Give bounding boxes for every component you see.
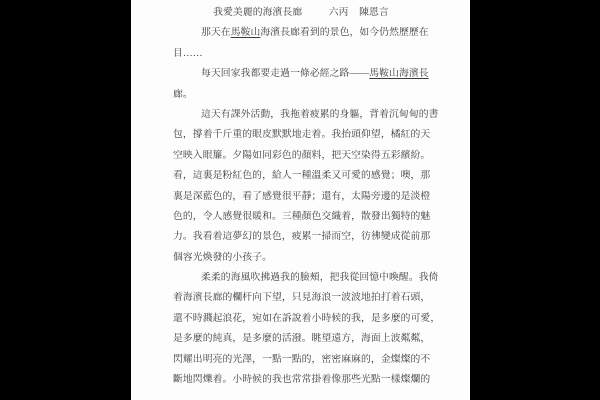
text-segment: 海濱長廊看到的景色，如今仍然歷歷在 xyxy=(260,27,428,38)
text-line: 這天有課外活動，我拖着疲累的身軀，背着沉甸甸的書 xyxy=(173,105,429,125)
text-segment: 每天回家我都要走過一條必經之路—— xyxy=(201,68,369,79)
text-line: 柔柔的海風吹拂過我的臉頰，把我從回憶中喚醒。我倚 xyxy=(173,268,429,288)
text-segment: 廊。 xyxy=(173,89,193,100)
essay-title: 我愛美麗的海濱長廊 xyxy=(213,7,302,18)
text-segment: 裏是深藍色的，看了感覺很平靜；還有，太陽旁邊的是淡橙 xyxy=(173,191,430,202)
underlined-text: 馬鞍山海濱長 xyxy=(369,68,428,79)
class-label: 六丙 xyxy=(329,7,349,18)
text-line: 廊。 xyxy=(173,85,429,105)
text-segment: 空映入眼簾。夕陽如同彩色的顏料，把天空染得五彩繽紛。 xyxy=(173,150,430,161)
text-segment: 斷地閃爍着。小時候的我也常常掛着像那些光點一樣燦爛的 xyxy=(173,374,430,385)
text-line: 個容光煥發的小孩子。 xyxy=(173,248,429,268)
text-line: 空映入眼簾。夕陽如同彩色的顏料，把天空染得五彩繽紛。 xyxy=(173,146,429,166)
underlined-text: 馬鞍山 xyxy=(231,27,261,38)
document-page: 我愛美麗的海濱長廊 六丙 陳恩言 那天在馬鞍山海濱長廊看到的景色，如今仍然歷歷在… xyxy=(131,0,470,400)
document-text-column: 我愛美麗的海濱長廊 六丙 陳恩言 那天在馬鞍山海濱長廊看到的景色，如今仍然歷歷在… xyxy=(173,3,429,390)
text-line: 色的，令人感覺很暖和。三種顏色交織着，散發出獨特的魅 xyxy=(173,207,429,227)
text-segment: 這天有課外活動，我拖着疲累的身軀，背着沉甸甸的書 xyxy=(201,109,439,120)
text-line: 目…… xyxy=(173,44,429,64)
text-line: 力。我看着這夢幻的景色，疲累一掃而空，彷彿變成從前那 xyxy=(173,227,429,247)
author-name: 陳恩言 xyxy=(359,7,389,18)
text-line: 還不時濺起浪花，宛如在訴說着小時候的我，是多麼的可愛， xyxy=(173,309,429,329)
text-line: 那天在馬鞍山海濱長廊看到的景色，如今仍然歷歷在 xyxy=(173,23,429,43)
text-segment: 力。我看着這夢幻的景色，疲累一掃而空，彷彿變成從前那 xyxy=(173,231,430,242)
text-segment: 着海濱長廊的欄杆向下望，只見海浪一波波地拍打着石頭， xyxy=(173,292,430,303)
text-line: 着海濱長廊的欄杆向下望，只見海浪一波波地拍打着石頭， xyxy=(173,288,429,308)
text-line: 斷地閃爍着。小時候的我也常常掛着像那些光點一樣燦爛的 xyxy=(173,370,429,390)
document-title: 我愛美麗的海濱長廊 六丙 陳恩言 xyxy=(173,3,429,23)
text-line: 包，撐着千斤重的眼皮默默地走着。我抬頭仰望，橘紅的天 xyxy=(173,125,429,145)
screen: 我愛美麗的海濱長廊 六丙 陳恩言 那天在馬鞍山海濱長廊看到的景色，如今仍然歷歷在… xyxy=(0,0,600,400)
text-segment: 個容光煥發的小孩子。 xyxy=(173,252,272,263)
text-segment: 是多麼的純真，是多麼的活潑。眺望遠方，海面上波粼粼， xyxy=(173,333,430,344)
text-segment: 還不時濺起浪花，宛如在訴說着小時候的我，是多麼的可愛， xyxy=(173,313,440,324)
text-segment: 看，這裏是粉紅色的，給人一種溫柔又可愛的感覺；噢，那 xyxy=(173,170,430,181)
text-line: 看，這裏是粉紅色的，給人一種溫柔又可愛的感覺；噢，那 xyxy=(173,166,429,186)
text-line: 閃耀出明亮的光澤，一點一點的，密密麻麻的，金燦燦的不 xyxy=(173,350,429,370)
text-line: 是多麼的純真，是多麼的活潑。眺望遠方，海面上波粼粼， xyxy=(173,329,429,349)
text-line: 每天回家我都要走過一條必經之路——馬鞍山海濱長 xyxy=(173,64,429,84)
document-body: 那天在馬鞍山海濱長廊看到的景色，如今仍然歷歷在目……每天回家我都要走過一條必經之… xyxy=(173,23,429,390)
text-segment: 那天在 xyxy=(201,27,231,38)
text-segment: 目…… xyxy=(173,48,203,59)
text-segment: 柔柔的海風吹拂過我的臉頰，把我從回憶中喚醒。我倚 xyxy=(201,272,439,283)
text-segment: 閃耀出明亮的光澤，一點一點的，密密麻麻的，金燦燦的不 xyxy=(173,354,430,365)
text-segment: 色的，令人感覺很暖和。三種顏色交織着，散發出獨特的魅 xyxy=(173,211,430,222)
text-segment: 包，撐着千斤重的眼皮默默地走着。我抬頭仰望，橘紅的天 xyxy=(173,129,430,140)
text-line: 裏是深藍色的，看了感覺很平靜；還有，太陽旁邊的是淡橙 xyxy=(173,187,429,207)
